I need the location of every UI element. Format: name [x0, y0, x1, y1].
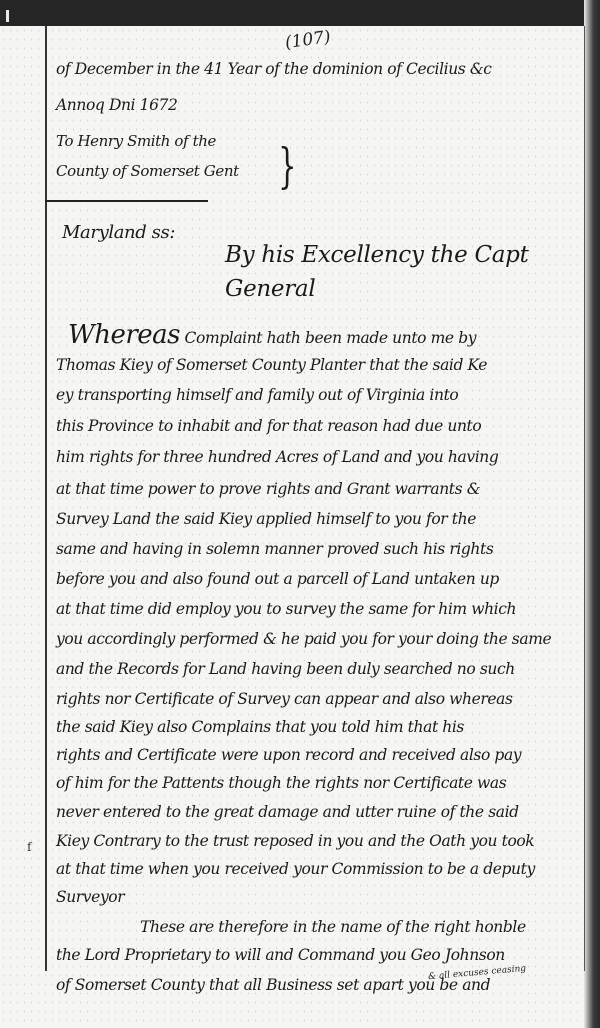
body-line-20: Surveyor	[56, 888, 124, 906]
addressee-line-2: County of Somerset Gent	[56, 162, 239, 180]
header-line-1: of December in the 41 Year of the domini…	[56, 60, 492, 78]
margin-mark: f	[27, 840, 31, 854]
body-line-1: Whereas Complaint hath been made unto me…	[68, 320, 476, 350]
left-margin-rule	[45, 26, 47, 971]
state-heading: Maryland ss:	[62, 222, 175, 243]
body-line-12: and the Records for Land having been dul…	[56, 660, 515, 678]
authority-heading-line-2: General	[225, 276, 315, 302]
body-line-5: him rights for three hundred Acres of La…	[56, 448, 498, 466]
header-line-2: Annoq Dni 1672	[56, 96, 177, 114]
body-line-1-text: Complaint hath been made unto me by	[185, 329, 477, 347]
body-line-10: at that time did employ you to survey th…	[56, 600, 516, 618]
scan-right-edge	[584, 0, 600, 1028]
body-line-3: ey transporting himself and family out o…	[56, 386, 458, 404]
body-line-17: never entered to the great damage and ut…	[56, 803, 519, 821]
body-line-8: same and having in solemn manner proved …	[56, 540, 493, 558]
closing-line-3: of Somerset County that all Business set…	[56, 976, 490, 994]
section-divider-rule	[45, 200, 208, 202]
scan-top-border	[0, 0, 600, 26]
body-line-6: at that time power to prove rights and G…	[56, 480, 480, 498]
body-line-14: the said Kiey also Complains that you to…	[56, 718, 464, 736]
body-line-2: Thomas Kiey of Somerset County Planter t…	[56, 356, 487, 374]
body-line-18: Kiey Contrary to the trust reposed in yo…	[56, 832, 534, 850]
right-margin-rule	[584, 26, 585, 971]
body-line-15: rights and Certificate were upon record …	[56, 746, 521, 764]
addressee-brace: }	[278, 138, 296, 194]
closing-line-1: These are therefore in the name of the r…	[140, 918, 526, 936]
body-line-16: of him for the Pattents though the right…	[56, 774, 506, 792]
body-line-9: before you and also found out a parcell …	[56, 570, 499, 588]
body-line-11: you accordingly performed & he paid you …	[56, 630, 551, 648]
body-line-4: this Province to inhabit and for that re…	[56, 417, 481, 435]
addressee-line-1: To Henry Smith of the	[56, 132, 216, 150]
scan-edge-mark	[6, 10, 9, 22]
authority-heading-line-1: By his Excellency the Capt	[225, 242, 529, 268]
body-line-19: at that time when you received your Comm…	[56, 860, 535, 878]
body-line-13: rights nor Certificate of Survey can app…	[56, 690, 513, 708]
body-opening-word: Whereas	[68, 320, 180, 350]
closing-line-2: the Lord Proprietary to will and Command…	[56, 946, 505, 964]
body-line-7: Survey Land the said Kiey applied himsel…	[56, 510, 476, 528]
